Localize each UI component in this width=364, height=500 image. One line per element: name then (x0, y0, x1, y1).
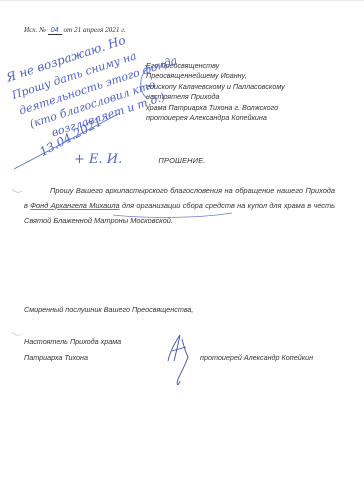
scan-artifact-mark (12, 332, 22, 335)
signer-position-line1: Настоятель Прихода храма (24, 337, 121, 346)
addressee-line: протоиерея Александра Копейкина (146, 113, 285, 123)
signer-name: протоиерей Александр Копейкин (200, 353, 313, 362)
handwritten-date: 13.04.2021 (37, 114, 104, 159)
addressee-block: Его Преосвященству Преосвященнейшему Иоа… (146, 61, 285, 123)
addressee-line: епископу Калачевскому и Палласовскому (146, 82, 285, 92)
handwritten-line: Прошу дать сниму на (9, 49, 138, 102)
petition-body: Прошу Вашего архипастырского благословен… (24, 183, 335, 228)
addressee-line: Его Преосвященству (146, 61, 285, 71)
reference-number: 04 (48, 25, 62, 35)
addressee-line: настоятеля Прихода (146, 92, 285, 102)
handwritten-line: Я не возражаю. Но (3, 33, 127, 85)
reference-date: от 21 апреля 2021 г. (63, 26, 125, 34)
signer-position-line2: Патриарха Тихона (24, 353, 88, 362)
scan-artifact-mark (12, 189, 22, 192)
reference-prefix: Исх. № (24, 26, 46, 34)
signature-icon (168, 335, 188, 385)
closing-line: Смиренный послушник Вашего Преосвященств… (24, 305, 193, 314)
addressee-line: храма Патриарха Тихона г. Волжского (146, 103, 285, 113)
handwritten-date-text: 13.04.2021 (37, 114, 104, 159)
scanned-document-page: Исх. № 04 от 21 апреля 2021 г. Его Преос… (0, 0, 364, 500)
document-title: ПРОШЕНИЕ. (0, 156, 364, 165)
outgoing-reference: Исх. № 04 от 21 апреля 2021 г. (24, 25, 126, 35)
handwritten-line: (кто благословил кто (28, 78, 157, 131)
body-underlined-fund-name: Фонд Архангела Михаила (30, 201, 119, 210)
addressee-line: Преосвященнейшему Иоанну, (146, 71, 285, 81)
